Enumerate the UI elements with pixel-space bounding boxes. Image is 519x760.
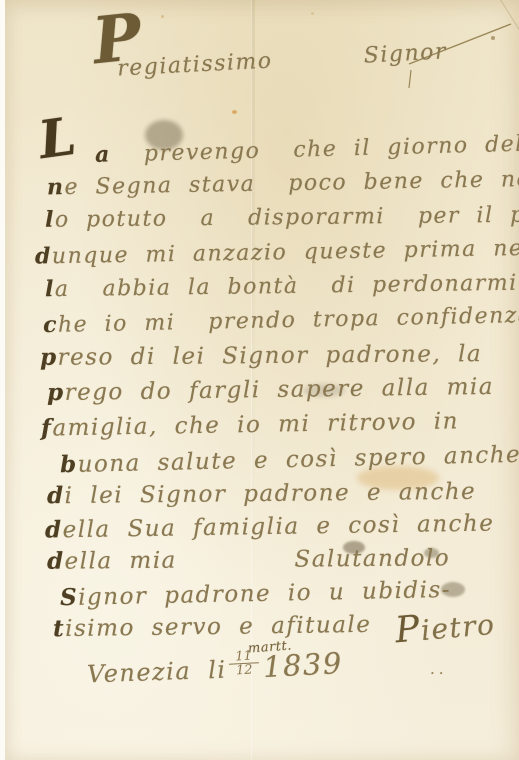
letter-line: lo potuto a disporarmi per il perm: [45, 201, 519, 233]
corner-crease: [499, 0, 519, 38]
dateline-place: Venezia li: [87, 656, 228, 689]
letter-line: ne Segna stava poco bene che non: [47, 166, 519, 201]
foxing-spot: [311, 12, 314, 15]
body-opening-initial: L: [35, 106, 80, 171]
dateline-month: 12: [229, 663, 260, 679]
letter-paper: P regiatissimo Signor Pdre L a prevengo …: [5, 0, 519, 760]
letter-line: buona salute e così spero anche: [60, 441, 519, 478]
letter-line: preso di lei Signor padrone, la: [40, 340, 482, 371]
letter-line: della mia Salutandolo: [47, 544, 450, 575]
letter-line: di lei Signor padrone e anche: [47, 478, 476, 509]
letter-line: famiglia, che io mi ritrovo in: [41, 407, 459, 441]
letter-line: tisimo servo e afituale: [53, 611, 372, 642]
signature-name: Pietro: [393, 602, 496, 652]
dateline-year: 1839: [262, 646, 343, 684]
dateline-day-month-fraction: 11 12: [228, 649, 259, 679]
trailing-dots: ..: [430, 660, 448, 678]
foxing-spot: [161, 15, 164, 18]
letter-line: la abbia la bontà di perdonarmi: [45, 270, 518, 303]
letter-line: che io mi prendo tropa confidenza: [43, 302, 519, 338]
letter-line: della Sua famiglia e così anche: [45, 509, 495, 543]
foxing-spot: [232, 110, 237, 114]
letter-line: Signor padrone io u ubidis-: [60, 576, 452, 611]
letter-line: prego do fargli sapere alla mia: [47, 373, 494, 406]
salutation-text: regiatissimo Signor Pdre: [117, 31, 519, 81]
letter-line: dunque mi anzazio queste prima nera: [35, 235, 519, 270]
